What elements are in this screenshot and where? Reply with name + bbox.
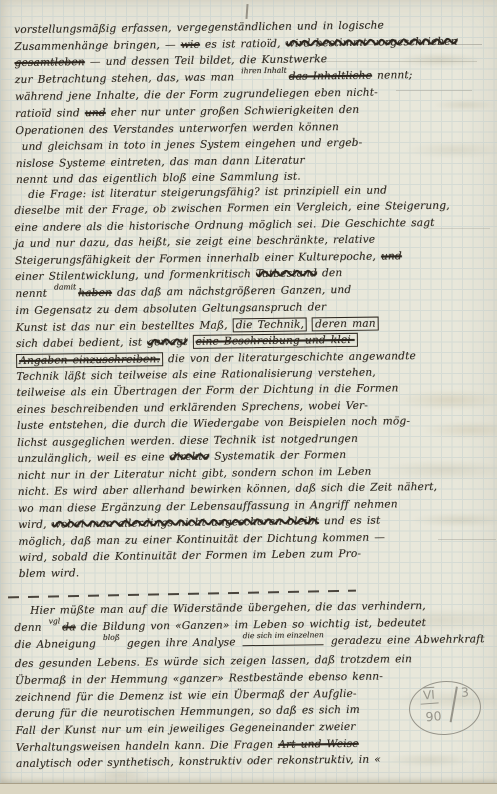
handwritten-text: Steigerungsfähigkeit der Formen innerhal…: [15, 250, 381, 266]
handwritten-text: wird, sobald die Kontinuität der Formen …: [18, 548, 361, 564]
handwritten-text: Systematik der Formen: [209, 449, 346, 463]
handwritten-text: [187, 336, 192, 348]
struck-text: das Inhaltliche: [289, 69, 372, 82]
handwritten-text: — und dessen Teil bildet, die Kunstwerke: [85, 53, 327, 68]
handwritten-text: zur Betrachtung stehen, das, was man: [15, 71, 240, 86]
manuscript-paragraph-2: die Frage: ist literatur steigerungsfähi…: [14, 181, 471, 582]
handwritten-text: eher nur unter großen Schwierigkeiten de…: [106, 104, 360, 119]
interline-insertion: bloß: [103, 630, 120, 647]
manuscript-paragraph-1: vorstellungsmäßig erfassen, vergegenstän…: [14, 16, 468, 188]
handwritten-text: möglich, daß man zu einer Kontinuität de…: [18, 531, 385, 547]
struck-text: wie: [181, 38, 200, 50]
handwritten-text: nennt: [15, 287, 52, 299]
handwritten-text: denn: [14, 621, 46, 633]
handwritten-text: derung für die neurotischen Hemmungen, s…: [15, 704, 360, 720]
handwritten-text: im Gegensatz zu dem absoluten Geltungsan…: [15, 301, 326, 317]
stamp-denominator: 90: [425, 708, 442, 724]
handwritten-text: sich dabei bedient, ist: [16, 336, 147, 350]
scribbled-deletion: Tatbestand: [256, 268, 317, 281]
struck-text: haben: [78, 287, 112, 299]
handwritten-text: luste entstehen, die durch die Wiedergab…: [17, 416, 410, 433]
manuscript-page: vorstellungsmäßig erfassen, vergegenstän…: [0, 0, 497, 794]
handwritten-text: Übermaß in der Hemmung «ganzer» Restbest…: [15, 670, 383, 686]
stamp-numerator: VI: [420, 687, 439, 704]
handwritten-text: eines beschreibenden und erklärenden Spr…: [17, 400, 368, 416]
interline-insertion: ihren Inhalt: [241, 62, 287, 79]
page-bottom-edge: [0, 783, 497, 794]
struck-text: und: [85, 107, 106, 119]
hand-drawn-dashed-separator: [8, 590, 356, 599]
handwritten-text: Kunst ist das nur ein bestelltes Maß,: [16, 319, 233, 334]
handwritten-text: und gleichsam in toto in jenes System ei…: [21, 137, 362, 153]
handwritten-text: nislose Systeme eintreten, das man dann …: [16, 154, 305, 170]
stamp-slash-line: [450, 687, 458, 723]
handwritten-text: Zusammenhänge bringen, —: [14, 39, 181, 53]
handwritten-text: es ist ratioïd,: [200, 37, 286, 50]
handwritten-text: die Abneigung: [14, 638, 101, 651]
handwritten-text: die Frage: ist literatur steigerungsfähi…: [28, 184, 387, 200]
struck-text: und: [381, 250, 402, 262]
handwritten-text: des gesunden Lebens. Es würde sich zeige…: [15, 653, 412, 670]
handwritten-text: gegen ihre Analyse: [122, 637, 241, 650]
handwritten-text: das daß am nächstgrößeren Ganzen, und: [112, 284, 351, 299]
handwritten-text: und es ist: [319, 515, 381, 528]
handwritten-text: teilweise als ein Übertragen der Form de…: [16, 383, 398, 400]
scribbled-deletion: wird bestimmt vorgeschrieben: [286, 35, 458, 49]
handwritten-text: nicht nur in der Literatur nicht gibt, s…: [17, 465, 371, 481]
struck-text: gesamtleben: [14, 56, 84, 69]
handwritten-text: unzulänglich, weil es eine: [17, 451, 169, 465]
handwritten-text: nennt;: [372, 69, 413, 81]
handwritten-text: ja und nur dazu, das heißt, sie zeigt ei…: [15, 234, 376, 250]
handwritten-text: während jene Inhalte, die der Form zugru…: [15, 87, 378, 103]
interline-insertion: die sich im einzelnen: [242, 628, 323, 647]
handwritten-text: Technik läßt sich teilweise als eine Rat…: [16, 367, 376, 383]
struck-text: Art und Weise: [278, 737, 359, 750]
handwritten-text: Fall der Kunst nur um ein jeweiliges Geg…: [15, 721, 355, 737]
pencil-tick-mark: [245, 4, 248, 19]
scribbled-deletion: gewagt: [147, 336, 188, 348]
boxed-deletion: deren man: [312, 316, 379, 331]
handwritten-text: den: [317, 267, 342, 279]
struck-text: da: [62, 621, 76, 633]
interline-insertion: damit: [54, 279, 76, 296]
boxed-struck-deletion: eine Beschreibung und klei-: [192, 333, 357, 349]
handwritten-text: wo man diese Ergänzung der Lebensauffass…: [18, 498, 398, 515]
handwritten-text: blem wird.: [19, 568, 80, 581]
handwritten-text: Hier müßte man auf die Widerstände überg…: [30, 600, 426, 617]
interline-insertion: vgl: [48, 613, 60, 630]
handwritten-text: die von der literaturgeschichte angewand…: [163, 350, 416, 365]
handwritten-text: lichst ausgeglichen werden. diese Techni…: [17, 433, 358, 449]
scribbled-deletion: wobei man allerdings nicht ungeschoren b…: [51, 515, 318, 530]
handwritten-text: einer Stilentwicklung, und formenkritisc…: [15, 268, 256, 283]
stamp-page-number: 3: [460, 684, 469, 700]
handwritten-text: nicht. Es wird aber allerhand bewirken k…: [18, 481, 438, 498]
handwritten-text: vorstellungsmäßig erfassen, vergegenstän…: [14, 19, 384, 36]
handwritten-text: Verhaltungsweisen handeln kann. Die Frag…: [16, 738, 279, 753]
handwritten-text: geradezu eine Abwehrkraft: [326, 634, 485, 648]
manuscript-paragraph-3: Hier müßte man auf die Widerstände überg…: [14, 597, 468, 773]
handwritten-text: Operationen des Verstandes unterworfen w…: [15, 121, 339, 137]
scribbled-deletion: direkte: [170, 451, 210, 463]
handwritten-text: analytisch oder synthetisch, konstruktiv…: [16, 754, 381, 770]
handwritten-text: wird,: [18, 519, 52, 531]
handwritten-text: zeichnend für die Demenz ist wie ein Übe…: [15, 687, 357, 703]
boxed-deletion: die Technik,: [233, 317, 308, 332]
handwritten-text: ratioïd sind: [15, 107, 85, 120]
boxed-struck-deletion: Angaben einzuschreiben.: [16, 352, 163, 368]
